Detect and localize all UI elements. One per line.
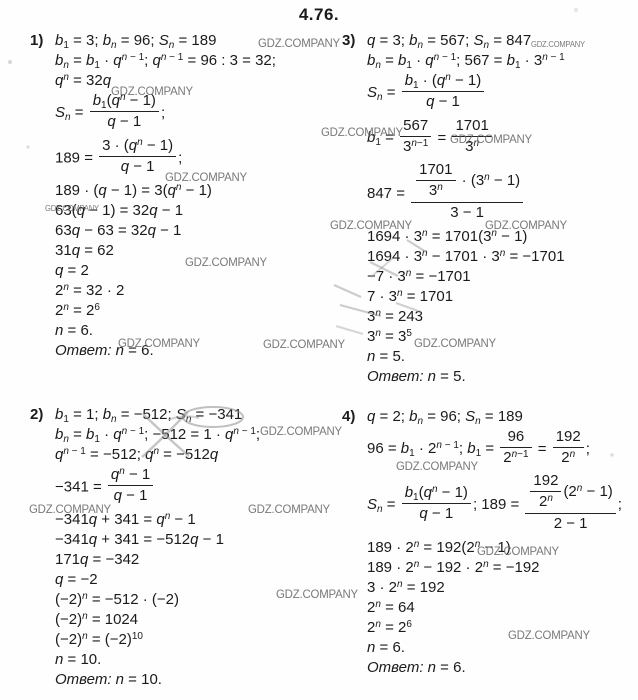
scan-page: 4.76. 1)b1 = 3; bn = 96; Sn = 189bn = b1… <box>0 0 638 700</box>
scan-artifacts <box>0 0 638 700</box>
